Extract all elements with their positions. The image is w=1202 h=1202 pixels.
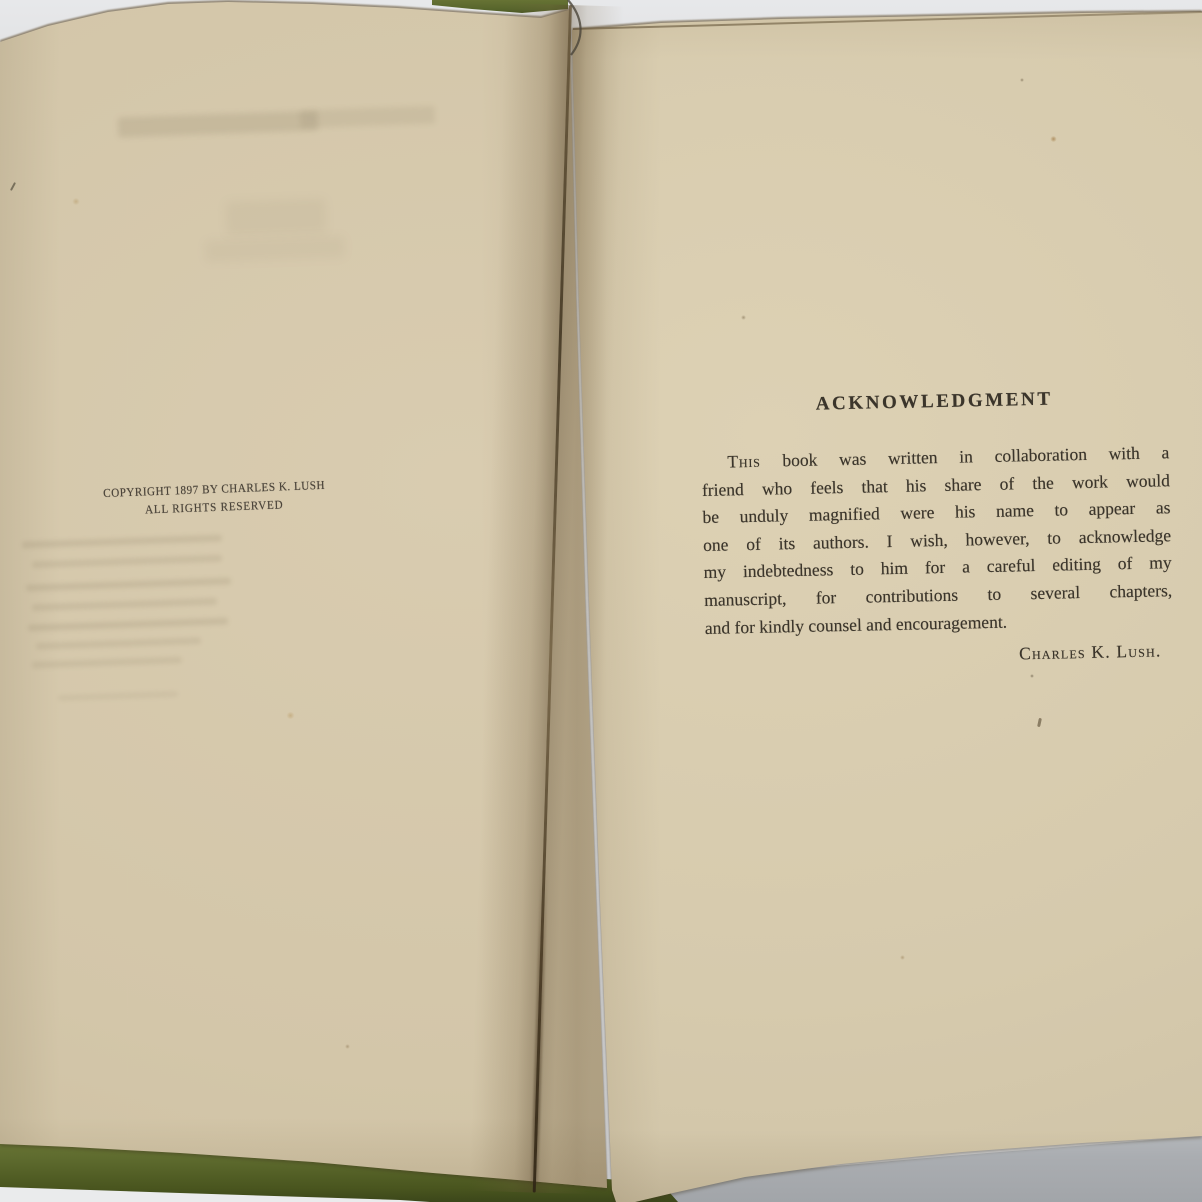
foxing-spot (900, 955, 905, 960)
foxing-spot (286, 712, 295, 719)
foxing-spot (1030, 674, 1034, 678)
foxing-spot (345, 1044, 350, 1049)
open-book-photo: COPYRIGHT 1897 BY CHARLES K. LUSH ALL RI… (0, 0, 1202, 1202)
foxing-spot (1020, 78, 1024, 82)
acknowledgment-block: ACKNOWLEDGMENT This book was written in … (700, 386, 1174, 672)
foxing-spot (72, 198, 80, 205)
book-gutter (533, 5, 572, 1193)
acknowledgment-paragraph: This book was written in collaboration w… (701, 439, 1173, 642)
foxing-spot (741, 315, 746, 320)
binding-thread (552, 0, 600, 64)
foxing-spot (1050, 136, 1057, 142)
small-caps-lead: This (727, 451, 761, 472)
ghost-text-smudge (225, 198, 326, 235)
